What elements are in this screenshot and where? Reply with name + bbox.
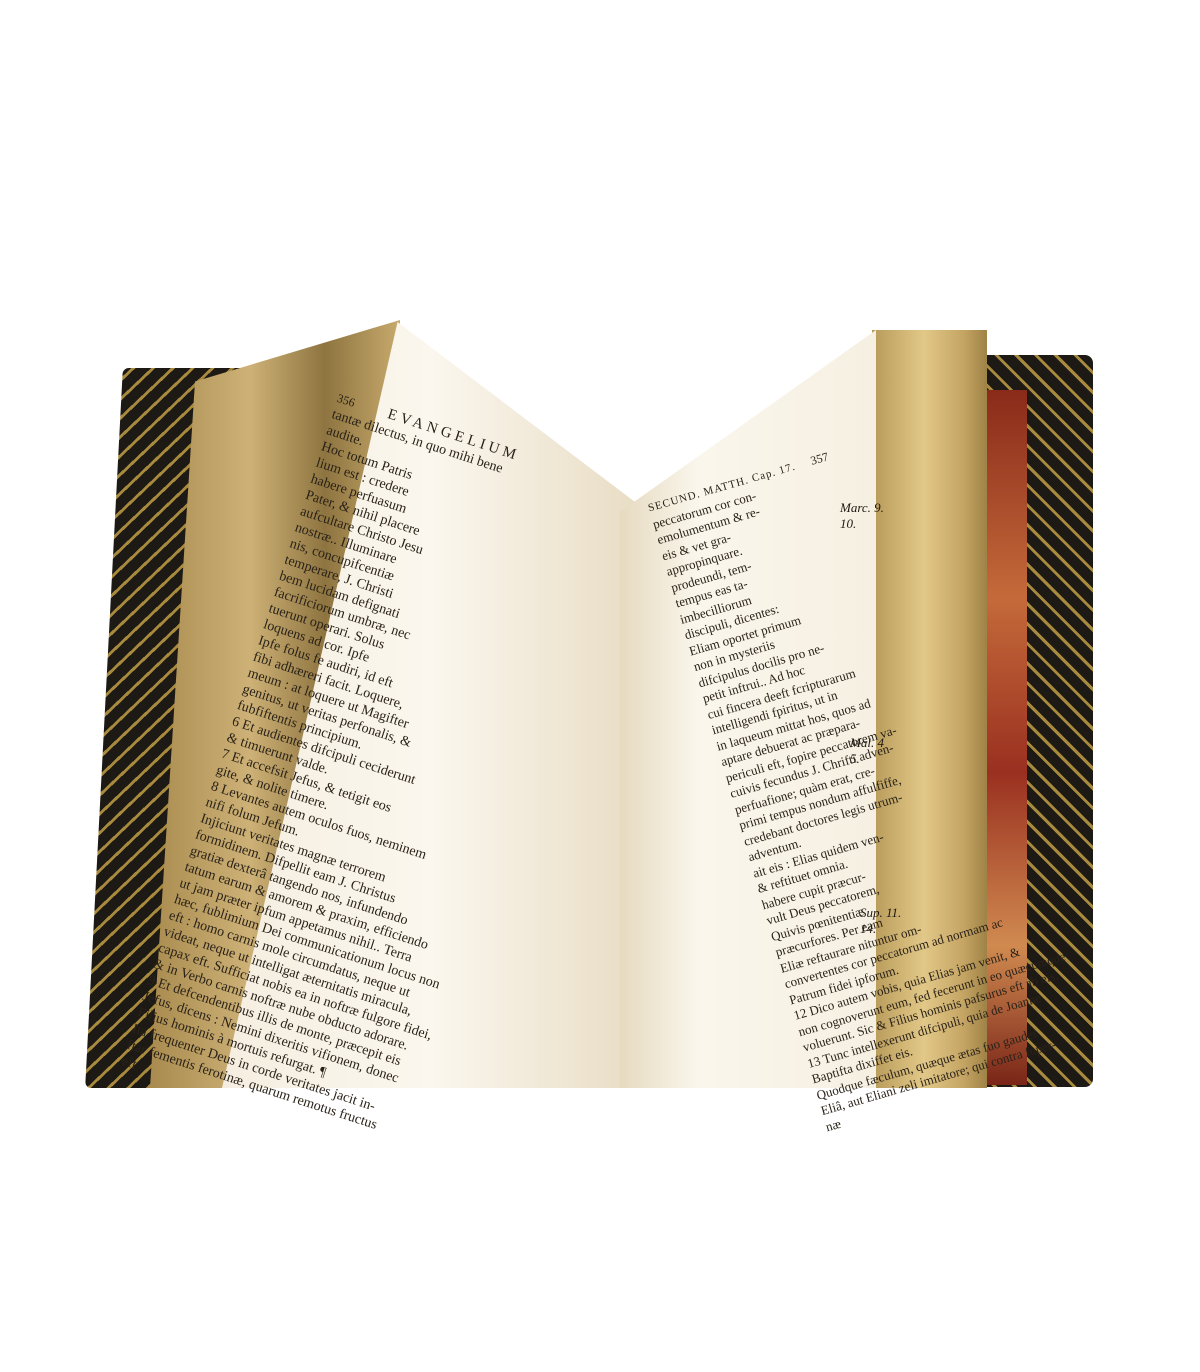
book-photo: 356 EVANGELIUM tantæ dilectus, in quo mi… (0, 0, 1200, 1372)
right-page-number: 357 (809, 449, 830, 467)
margin-note: Mal. 4 5. (850, 735, 884, 767)
margin-note: Sup. 11. 14. (860, 905, 901, 937)
margin-note: Marc. 9. 10. (840, 500, 884, 532)
